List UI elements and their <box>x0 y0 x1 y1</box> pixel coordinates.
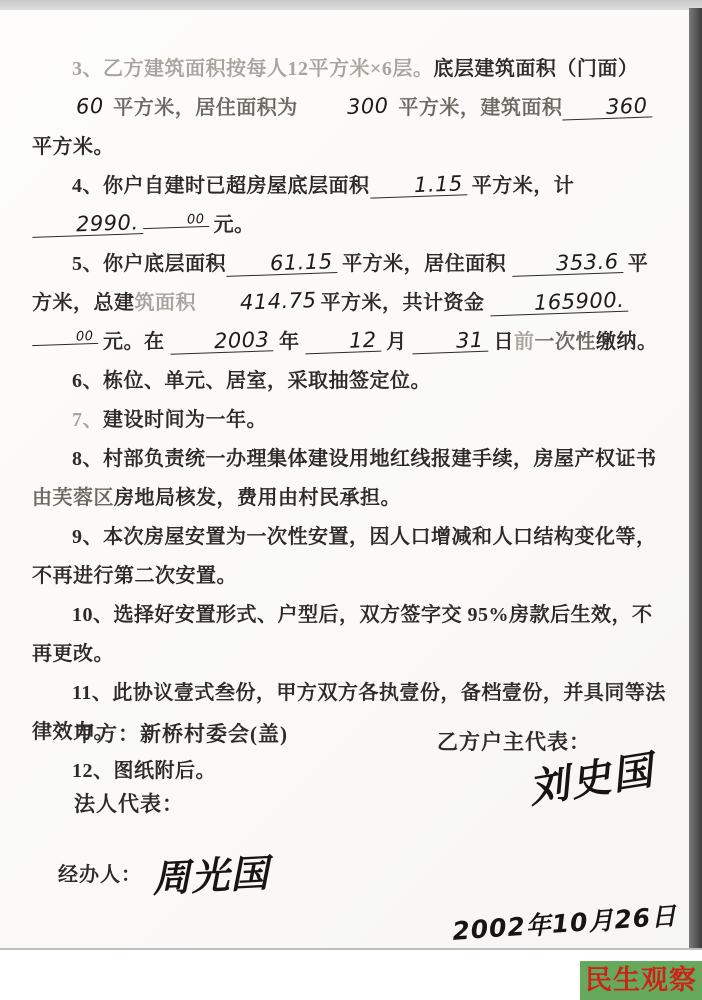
clause-list: 3、乙方建筑面积按每人12平方米×6层。底层建筑面积（门面）60 平方米，居住面… <box>32 50 666 791</box>
printed-text: 一次性 <box>534 331 596 353</box>
document-date: 2002年10月26日 <box>451 896 678 948</box>
legal-rep-label: 法人代表： <box>74 788 184 818</box>
printed-text: 9、本次房屋安置为一次性安置，因人口增减和人口结构变化等，不再进行第二次安置。 <box>32 526 657 587</box>
printed-text: 房地局核发，费用由村民承担。 <box>114 487 401 509</box>
printed-text: 平方米，居住面积 <box>337 253 512 275</box>
clause: 3、乙方建筑面积按每人12平方米×6层。底层建筑面积（门面）60 平方米，居住面… <box>32 50 666 167</box>
printed-text: 平方米。 <box>32 136 114 158</box>
handwritten-value: 2003 <box>170 329 274 355</box>
handwritten-value: 2990. <box>32 212 143 238</box>
clause: 9、本次房屋安置为一次性安置，因人口增减和人口结构变化等，不再进行第二次安置。 <box>32 518 666 596</box>
printed-text: 月 <box>381 331 413 353</box>
handler-signature: 周光国 <box>151 842 271 903</box>
handwritten-value: 12 <box>305 330 381 355</box>
handwritten-value: 00 <box>142 213 208 229</box>
printed-text: 7、 <box>72 409 103 431</box>
printed-text: 由芙蓉区 <box>32 487 114 509</box>
clause: 5、你户底层面积61.15 平方米，居住面积 353.6 平方米，总建筑面积41… <box>32 245 666 362</box>
handwritten-value: 1.15 <box>369 173 466 198</box>
printed-text: 年 <box>274 331 306 353</box>
clause: 4、你户自建时已超房屋底层面积1.15 平方米，计 2990.00 元。 <box>32 167 666 245</box>
handwritten-value: 360 <box>562 95 652 120</box>
party-a-label: 甲方：新桥村委会(盖) <box>74 718 288 748</box>
printed-text: 前 <box>514 331 535 353</box>
printed-text: 12、图纸附后。 <box>72 760 216 782</box>
handler-label: 经办人： <box>58 858 142 887</box>
printed-text: 平方米，共计资金 <box>320 292 490 314</box>
handwritten-value: 165900. <box>490 290 629 317</box>
printed-text: 日 <box>488 331 514 353</box>
handwritten-value: 353.6 <box>511 251 622 277</box>
printed-text: 5、你户底层面积 <box>72 253 226 275</box>
printed-text: 平方米，计 <box>466 175 574 197</box>
printed-text: 6、栋位、单元、居室，采取抽签定位。 <box>72 370 431 392</box>
printed-text: 8、村部负责统一办理集体建设用地红线报建手续，房屋产权证书 <box>72 448 657 470</box>
printed-text: 建设时间为一年。 <box>103 409 267 431</box>
printed-text: 3、乙方建筑面积按每人12平方米×6层。 <box>72 58 433 80</box>
handwritten-value: 60 <box>32 96 108 120</box>
printed-text: 筑面积 <box>135 292 197 314</box>
clause: 7、建设时间为一年。 <box>32 401 666 440</box>
handwritten-value: 31 <box>412 330 488 355</box>
printed-text: 缴纳。 <box>596 331 658 353</box>
clause: 8、村部负责统一办理集体建设用地红线报建手续，房屋产权证书由芙蓉区房地局核发，费… <box>32 440 666 518</box>
clause: 6、栋位、单元、居室，采取抽签定位。 <box>32 362 666 401</box>
handwritten-value: 414.75 <box>196 290 321 315</box>
handwritten-value: 61.15 <box>226 251 337 277</box>
scan-edge-top <box>0 0 702 10</box>
printed-text: 元。在 <box>98 331 171 353</box>
handwritten-value: 300 <box>303 95 393 119</box>
scan-edge-right <box>689 8 702 949</box>
handler-row: 经办人： 周光国 <box>58 845 269 900</box>
printed-text: 平方米，建筑面积 <box>393 97 563 119</box>
clause: 10、选择好安置形式、户型后，双方签字交 95%房款后生效，不再更改。 <box>32 596 666 674</box>
watermark-minsheng-guancha: 民生观察 <box>580 961 702 1000</box>
printed-text: 平方米，居住面积为 <box>108 97 304 119</box>
printed-text: 4、你户自建时已超房屋底层面积 <box>72 175 370 197</box>
printed-text: 元。 <box>208 214 255 236</box>
scanned-document-page: 3、乙方建筑面积按每人12平方米×6层。底层建筑面积（门面）60 平方米，居住面… <box>0 0 702 1000</box>
printed-text: 底层建筑面积（门面） <box>433 58 638 80</box>
handwritten-value: 00 <box>32 330 98 346</box>
printed-text: 10、选择好安置形式、户型后，双方签字交 95%房款后生效，不再更改。 <box>32 604 653 665</box>
